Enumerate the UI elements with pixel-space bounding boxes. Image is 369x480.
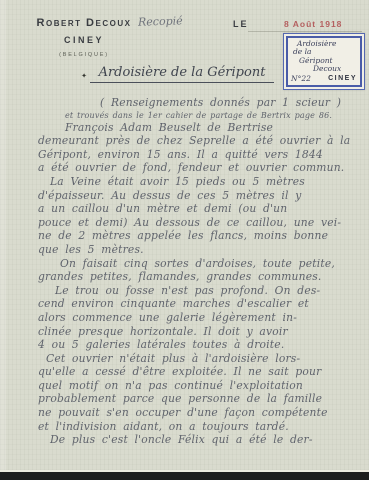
archive-label-sticker: Ardoisière de la Géripont Decoux N°22 CI… (283, 33, 365, 90)
letterhead-name: Robert Decoux (28, 17, 140, 29)
letterhead-country: (BELGIQUE) (28, 52, 140, 58)
date-rule (248, 31, 362, 32)
page-title: Ardoisière de la Géripont (90, 65, 274, 83)
manuscript-line: pouce et demi) Au dessous de ce caillou,… (38, 216, 366, 230)
manuscript-line: alors commence une galerie légèrement in… (38, 311, 366, 325)
manuscript-line: a un caillou d'un mètre et demi (ou d'un (38, 202, 366, 216)
sticker-number: N°22 (291, 75, 311, 84)
scan-edge-band (0, 472, 369, 480)
handwritten-annotation: Recopié (138, 14, 183, 29)
manuscript-line: grandes petites, flamandes, grandes comm… (38, 270, 366, 284)
manuscript-line: que les 5 mètres. (38, 243, 366, 257)
manuscript-line: François Adam Beuselt de Bertrise (38, 121, 366, 135)
scanned-document-page: Robert Decoux CINEY (BELGIQUE) ✦ Recopié… (0, 0, 369, 480)
manuscript-line: ne de 2 mètres appelée les flancs, moins… (38, 229, 366, 243)
manuscript-line: ( Renseignements donnés par 1 scieur ) (38, 96, 366, 110)
sticker-city: CINEY (328, 75, 357, 84)
manuscript-line: Géripont, environ 15 ans. Il a quitté ve… (38, 148, 366, 162)
manuscript-line: 4 ou 5 galeries latérales toutes à droit… (38, 338, 366, 352)
manuscript-line: demeurant près de chez Seprelle a été ou… (38, 134, 366, 148)
manuscript-line: d'épaisseur. Au dessus de ces 5 mètres i… (38, 189, 366, 203)
date-stamp: 8 Août 1918 (284, 19, 342, 29)
manuscript-line: a été ouvrier de fond, fendeur et ouvrie… (38, 161, 366, 175)
page-left-edge (0, 0, 6, 480)
date-le-label: LE (233, 19, 249, 29)
manuscript-line: De plus c'est l'oncle Félix qui a été le… (38, 433, 366, 447)
manuscript-body: ( Renseignements donnés par 1 scieur ) e… (38, 96, 366, 447)
manuscript-line: Cet ouvrier n'était plus à l'ardoisière … (38, 352, 366, 366)
manuscript-line: ne pouvait s'en occuper d'une façon comp… (38, 406, 366, 420)
sticker-bottom-row: N°22 CINEY (291, 75, 357, 84)
manuscript-line: cend environ cinquante marches d'escalie… (38, 297, 366, 311)
manuscript-line: probablement parce que personne de la fa… (38, 392, 366, 406)
manuscript-line: et trouvés dans le 1er cahier de partage… (38, 110, 366, 121)
manuscript-line: qu'elle a cessé d'être exploitée. Il ne … (38, 365, 366, 379)
manuscript-line: Le trou ou fosse n'est pas profond. On d… (38, 284, 366, 298)
manuscript-line: clinée presque horizontale. Il doit y av… (38, 325, 366, 339)
manuscript-line: On faisait cinq sortes d'ardoises, toute… (38, 257, 366, 271)
manuscript-line: quel motif on n'a pas continué l'exploit… (38, 379, 366, 393)
archive-label-frame: Ardoisière de la Géripont Decoux N°22 CI… (286, 36, 362, 87)
sticker-line: Decoux (313, 65, 357, 74)
letterhead-city: CINEY (28, 35, 140, 45)
manuscript-line: et l'indivision aidant, on a toujours ta… (38, 420, 366, 434)
manuscript-line: La Veine était avoir 15 pieds ou 5 mètre… (38, 175, 366, 189)
